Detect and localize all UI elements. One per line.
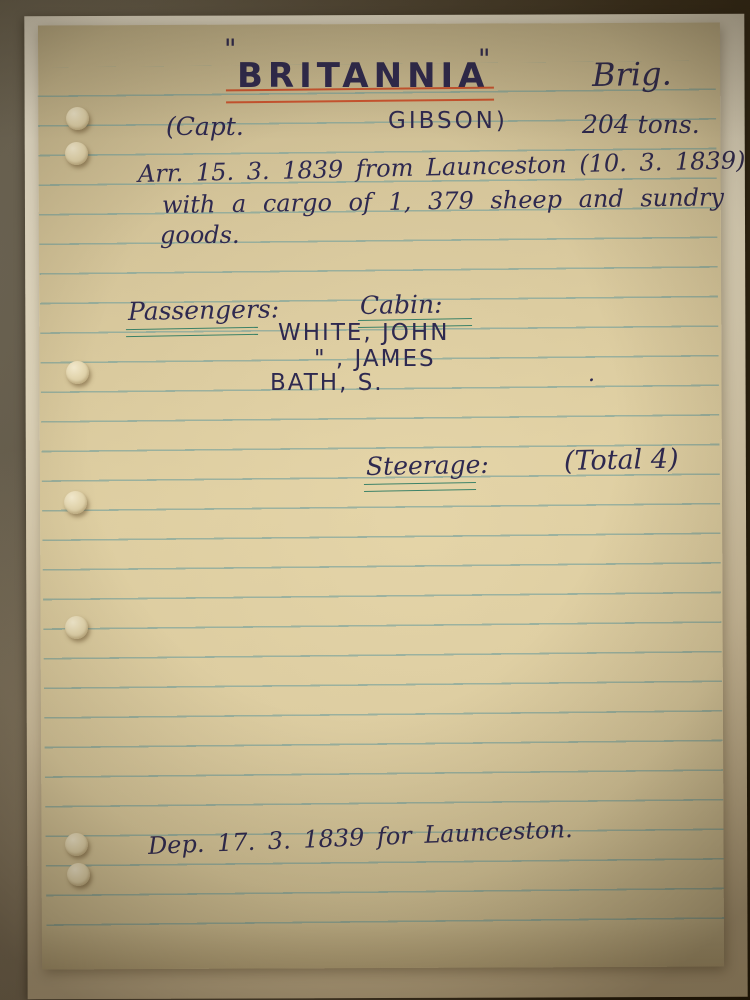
passengers-underline <box>126 327 258 337</box>
title-underline <box>226 87 494 104</box>
departure-line: Dep. 17. 3. 1839 for Launceston. <box>147 815 573 860</box>
tonnage: 204 tons. <box>582 110 700 139</box>
rig-type: Brig. <box>592 55 672 94</box>
arrival-line-3: goods. <box>160 221 240 249</box>
photograph-of-manifest-page: " BRITANNIA " Brig. (Capt. GIBSON) 204 t… <box>0 0 750 1000</box>
steerage-total: (Total 4) <box>564 444 679 477</box>
handwriting-layer: " BRITANNIA " Brig. (Capt. GIBSON) 204 t… <box>0 0 750 1000</box>
captain-name: GIBSON) <box>388 108 508 134</box>
title-close-quote: " <box>478 44 492 75</box>
arrival-line-1: Arr. 15. 3. 1839 from Launceston (10. 3.… <box>138 146 746 188</box>
passengers-heading: Passengers: <box>128 294 280 326</box>
steerage-heading: Steerage: <box>366 450 489 481</box>
steerage-underline <box>364 482 476 492</box>
cabin-passenger-3: BATH, S. <box>270 370 384 396</box>
cabin-passenger-2: " , JAMES <box>314 346 436 372</box>
cabin-passenger-1: WHITE, JOHN <box>278 320 449 346</box>
captain-label: (Capt. <box>166 112 244 141</box>
stray-pen-mark: . <box>588 362 595 387</box>
arrival-line-2: with a cargo of 1, 379 sheep and sundry <box>162 183 724 219</box>
cabin-heading: Cabin: <box>360 290 443 320</box>
